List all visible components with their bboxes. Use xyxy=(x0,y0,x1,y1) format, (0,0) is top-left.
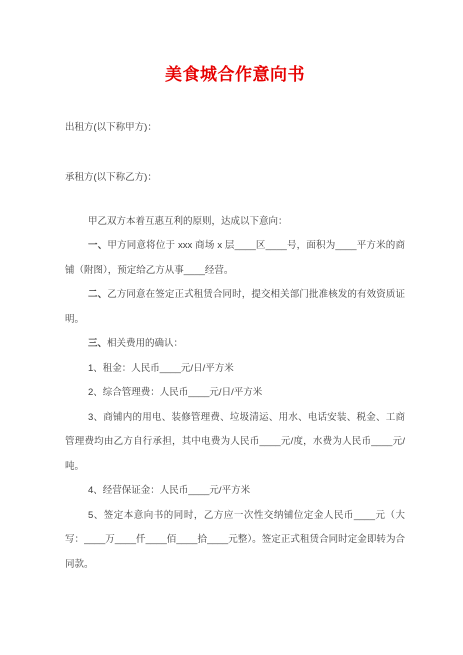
fee-item-utilities-marker: 3、 xyxy=(88,412,103,423)
page-title: 美食城合作意向书 xyxy=(65,62,405,87)
clause-two-text: 乙方同意在签定正式租赁合同时，提交相关部门批准核发的有效资质证明。 xyxy=(65,289,405,325)
fee-item-deposit-text: 经营保证金：人民币____元/平方米 xyxy=(103,485,250,496)
document-content: 美食城合作意向书 出租方(以下称甲方)： 承租方(以下称乙方)： 甲乙双方本着互… xyxy=(0,0,463,577)
fee-item-utilities-text: 商铺内的用电、装修管理费、垃圾清运、用水、电话安装、税金、工商管理费均由乙方自行… xyxy=(65,412,405,472)
fee-item-management-text: 综合管理费：人民币____元/日/平方米 xyxy=(103,387,262,398)
party-lessee-line: 承租方(以下称乙方)： xyxy=(65,166,405,191)
clause-two-marker: 二、 xyxy=(88,289,107,300)
clause-one-marker: 一、 xyxy=(88,240,107,251)
fee-item-deposit-marker: 4、 xyxy=(88,485,103,496)
fees-heading-marker: 三、 xyxy=(88,338,107,349)
party-lessor-line: 出租方(以下称甲方)： xyxy=(65,116,405,141)
fee-item-rent-text: 租金：人民币____元/日/平方米 xyxy=(103,363,234,374)
fee-item-rent-marker: 1、 xyxy=(88,363,103,374)
clause-two: 二、乙方同意在签定正式租赁合同时，提交相关部门批准核发的有效资质证明。 xyxy=(65,283,405,332)
fees-heading-text: 相关费用的确认： xyxy=(107,338,183,349)
fee-item-management: 2、综合管理费：人民币____元/日/平方米 xyxy=(65,381,405,406)
clause-one: 一、甲方同意将位于 xxx 商场 x 层____区____号，面积为____平方… xyxy=(65,234,405,283)
fee-item-management-marker: 2、 xyxy=(88,387,103,398)
fee-item-utilities: 3、商铺内的用电、装修管理费、垃圾清运、用水、电话安装、税金、工商管理费均由乙方… xyxy=(65,406,405,480)
fee-item-booking-deposit-marker: 5、 xyxy=(88,510,104,521)
fee-item-deposit: 4、经营保证金：人民币____元/平方米 xyxy=(65,479,405,504)
fee-item-booking-deposit-text: 签定本意向书的同时，乙方应一次性交纳铺位定金人民币____元（大写：____万_… xyxy=(65,510,405,570)
intro-paragraph: 甲乙双方本着互惠互利的原则，达成以下意向： xyxy=(65,210,405,235)
fee-item-booking-deposit: 5、签定本意向书的同时，乙方应一次性交纳铺位定金人民币____元（大写：____… xyxy=(65,504,405,578)
clause-one-text: 甲方同意将位于 xxx 商场 x 层____区____号，面积为____平方米的… xyxy=(65,240,405,276)
document-page: 美食城合作意向书 出租方(以下称甲方)： 承租方(以下称乙方)： 甲乙双方本着互… xyxy=(0,0,463,655)
fee-item-rent: 1、租金：人民币____元/日/平方米 xyxy=(65,357,405,382)
fees-heading: 三、相关费用的确认： xyxy=(65,332,405,357)
